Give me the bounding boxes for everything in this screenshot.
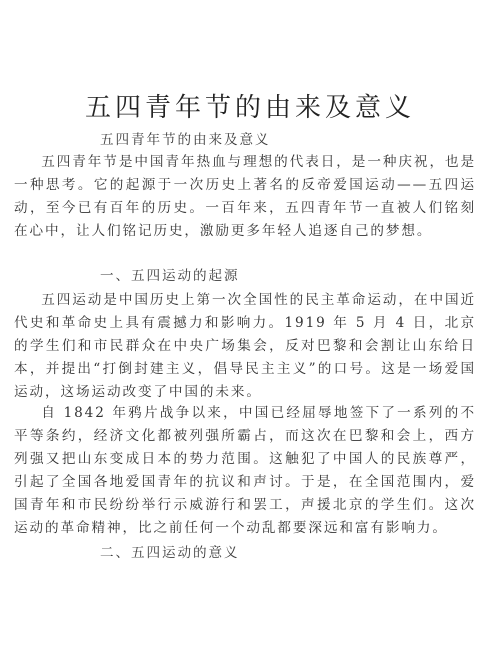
- document-subtitle: 五四青年节的由来及意义: [100, 128, 270, 148]
- section-heading-significance: 二、五四运动的意义: [100, 541, 239, 561]
- page-title: 五四青年节的由来及意义: [0, 87, 500, 124]
- section-heading-origin: 一、五四运动的起源: [100, 264, 239, 284]
- paragraph-origin: 五四运动是中国历史上第一次全国性的民主革命运动，在中国近代史和革命史上具有震撼力…: [14, 289, 476, 404]
- paragraph-history: 自 1842 年鸦片战争以来，中国已经屈辱地签下了一系列的不平等条约，经济文化都…: [14, 402, 476, 540]
- paragraph-intro: 五四青年节是中国青年热血与理想的代表日，是一种庆祝，也是一种思考。它的起源于一次…: [14, 151, 476, 243]
